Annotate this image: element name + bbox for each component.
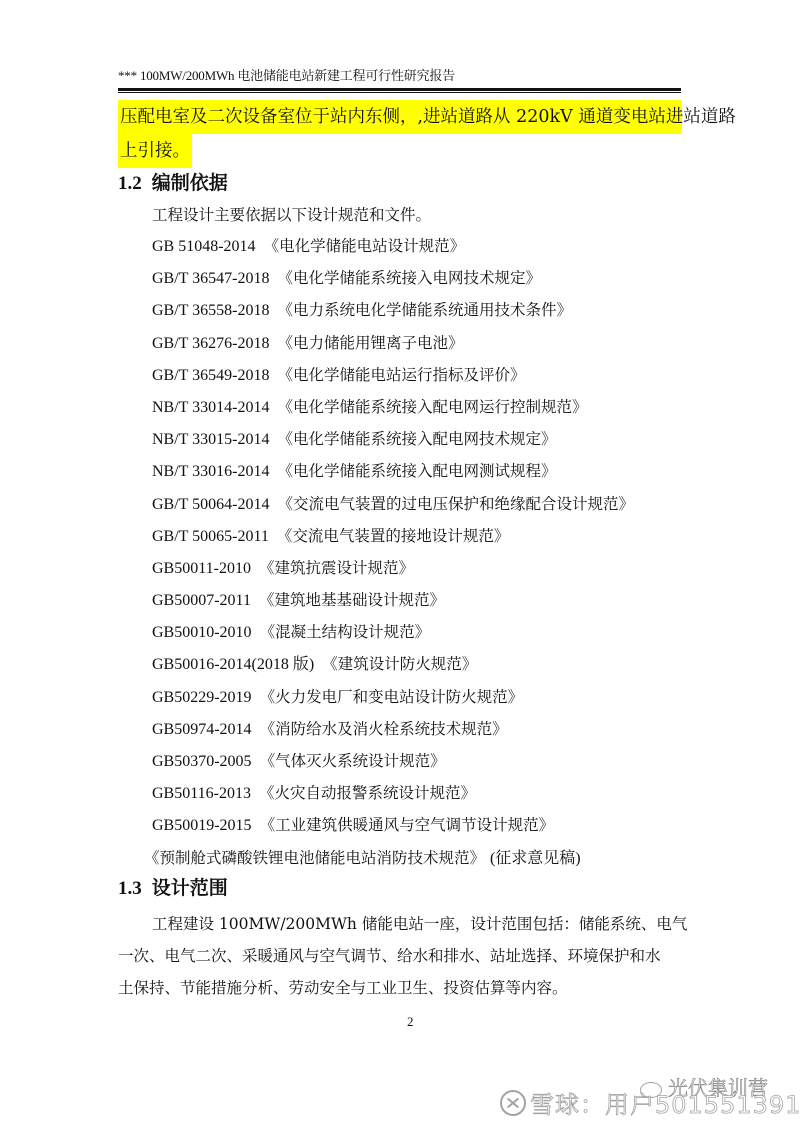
standard-title: 《电化学储能电站设计规范》 xyxy=(264,236,466,256)
paragraph-line: 土保持、节能措施分析、劳动安全与工业卫生、投资估算等内容。 xyxy=(118,972,688,1004)
standard-item: GB50016-2014(2018 版)《建筑设计防火规范》 xyxy=(152,654,634,686)
standard-item: NB/T 33014-2014《电化学储能系统接入配电网运行控制规范》 xyxy=(152,397,634,429)
standard-code: GB/T 36558-2018 xyxy=(152,301,269,321)
standard-item: GB50229-2019《火力发电厂和变电站设计防火规范》 xyxy=(152,687,634,719)
design-scope-paragraph: 工程建设 100MW/200MWh 储能电站一座，设计范围包括：储能系统、电气 … xyxy=(118,908,688,1004)
page-number: 2 xyxy=(407,1014,414,1030)
standard-item: GB50116-2013《火灾自动报警系统设计规范》 xyxy=(152,783,634,815)
standard-item: GB50019-2015《工业建筑供暖通风与空气调节设计规范》 xyxy=(152,815,634,847)
standard-item: GB 51048-2014《电化学储能电站设计规范》 xyxy=(152,236,634,268)
section-title: 设计范围 xyxy=(152,877,228,899)
standard-title: 《气体灭火系统设计规范》 xyxy=(260,751,446,771)
standard-code: GB50010-2010 xyxy=(152,623,252,643)
xueqiu-watermark: 雪球：用户5015513914 xyxy=(500,1090,800,1120)
standard-item: GB/T 50064-2014《交流电气装置的过电压保护和绝缘配合设计规范》 xyxy=(152,494,634,526)
standard-title: 《工业建筑供暖通风与空气调节设计规范》 xyxy=(260,815,555,835)
standard-item: GB50370-2005《气体灭火系统设计规范》 xyxy=(152,751,634,783)
standard-code: NB/T 33016-2014 xyxy=(152,462,269,482)
standard-title: 《消防给水及消火栓系统技术规范》 xyxy=(260,719,508,739)
standard-code: GB/T 36276-2018 xyxy=(152,334,269,354)
standard-code: GB50116-2013 xyxy=(152,784,251,804)
standard-title: 《混凝土结构设计规范》 xyxy=(260,622,431,642)
header-rule xyxy=(118,88,681,93)
xueqiu-watermark-text: 雪球：用户5015513914 xyxy=(530,1091,800,1119)
section-number: 1.2 xyxy=(118,173,142,194)
standard-title: 《电化学储能系统接入配电网运行控制规范》 xyxy=(277,397,587,417)
standard-title: 《电力储能用锂离子电池》 xyxy=(277,333,463,353)
standard-title: 《交流电气装置的接地设计规范》 xyxy=(277,526,510,546)
section-number: 1.3 xyxy=(118,878,142,899)
standard-code: NB/T 33015-2014 xyxy=(152,430,269,450)
document-page: *** 100MW/200MWh 电池储能电站新建工程可行性研究报告 压配电室及… xyxy=(0,0,800,1131)
standard-item-draft: 《预制舱式磷酸铁锂电池储能电站消防技术规范》 (征求意见稿) xyxy=(144,848,634,880)
standard-title: 《交流电气装置的过电压保护和绝缘配合设计规范》 xyxy=(277,494,634,514)
standard-code: GB/T 50065-2011 xyxy=(152,527,269,547)
header-rule-thin xyxy=(118,92,681,93)
standard-code: GB50011-2010 xyxy=(152,559,251,579)
standard-code: GB50016-2014(2018 版) xyxy=(152,655,314,675)
standard-title: 《电化学储能电站运行指标及评价》 xyxy=(277,365,525,385)
standard-code: GB/T 50064-2014 xyxy=(152,495,269,515)
standard-title: 《建筑抗震设计规范》 xyxy=(259,558,414,578)
paragraph-line: 一次、电气二次、采暖通风与空气调节、给水和排水、站址选择、环境保护和水 xyxy=(118,940,688,972)
standard-item: GB50011-2010《建筑抗震设计规范》 xyxy=(152,558,634,590)
standard-item: GB/T 36547-2018《电化学储能系统接入电网技术规定》 xyxy=(152,268,634,300)
standard-title: 《预制舱式磷酸铁锂电池储能电站消防技术规范》 xyxy=(144,848,485,868)
standard-code: GB 51048-2014 xyxy=(152,237,256,257)
section-heading-1-2: 1.2编制依据 xyxy=(118,171,228,196)
standard-item: NB/T 33016-2014《电化学储能系统接入配电网测试规程》 xyxy=(152,461,634,493)
standard-item: GB50010-2010《混凝土结构设计规范》 xyxy=(152,622,634,654)
section-intro: 工程设计主要依据以下设计规范和文件。 xyxy=(152,205,431,225)
standard-title: 《电化学储能系统接入电网技术规定》 xyxy=(277,268,541,288)
standard-title: 《电力系统电化学储能系统通用技术条件》 xyxy=(277,300,572,320)
standard-code: GB50974-2014 xyxy=(152,720,252,740)
section-heading-1-3: 1.3设计范围 xyxy=(118,876,228,901)
standard-title: 《建筑设计防火规范》 xyxy=(322,654,477,674)
standard-item: NB/T 33015-2014《电化学储能系统接入配电网技术规定》 xyxy=(152,429,634,461)
standard-item: GB50007-2011《建筑地基基础设计规范》 xyxy=(152,590,634,622)
standard-item: GB/T 50065-2011《交流电气装置的接地设计规范》 xyxy=(152,526,634,558)
xueqiu-logo-icon xyxy=(500,1090,526,1116)
standard-code: NB/T 33014-2014 xyxy=(152,398,269,418)
standard-item: GB/T 36549-2018《电化学储能电站运行指标及评价》 xyxy=(152,365,634,397)
paragraph-line: 工程建设 100MW/200MWh 储能电站一座，设计范围包括：储能系统、电气 xyxy=(118,908,688,940)
highlighted-text-line-1: 压配电室及二次设备室位于站内东侧，,进站道路从 220kV 通道变电站进站道路 xyxy=(118,100,682,134)
standard-title: 《建筑地基基础设计规范》 xyxy=(259,590,445,610)
standard-code: GB/T 36549-2018 xyxy=(152,366,269,386)
section-title: 编制依据 xyxy=(152,172,228,194)
standard-code: GB50229-2019 xyxy=(152,688,252,708)
standard-title: 《火灾自动报警系统设计规范》 xyxy=(259,783,476,803)
header-rule-thick xyxy=(118,88,681,91)
running-header: *** 100MW/200MWh 电池储能电站新建工程可行性研究报告 xyxy=(118,68,455,84)
standard-code: GB50370-2005 xyxy=(152,752,252,772)
standard-code: GB50019-2015 xyxy=(152,816,252,836)
standard-draft-note: (征求意见稿) xyxy=(490,850,581,867)
standard-title: 《火力发电厂和变电站设计防火规范》 xyxy=(260,687,524,707)
standard-item: GB/T 36276-2018《电力储能用锂离子电池》 xyxy=(152,333,634,365)
standard-title: 《电化学储能系统接入配电网测试规程》 xyxy=(277,461,556,481)
standards-list: GB 51048-2014《电化学储能电站设计规范》 GB/T 36547-20… xyxy=(152,236,634,880)
standard-code: GB/T 36547-2018 xyxy=(152,269,269,289)
standard-title: 《电化学储能系统接入配电网技术规定》 xyxy=(277,429,556,449)
standard-item: GB50974-2014《消防给水及消火栓系统技术规范》 xyxy=(152,719,634,751)
standard-item: GB/T 36558-2018《电力系统电化学储能系统通用技术条件》 xyxy=(152,300,634,332)
highlighted-text-line-2: 上引接。 xyxy=(118,134,192,168)
standard-code: GB50007-2011 xyxy=(152,591,251,611)
